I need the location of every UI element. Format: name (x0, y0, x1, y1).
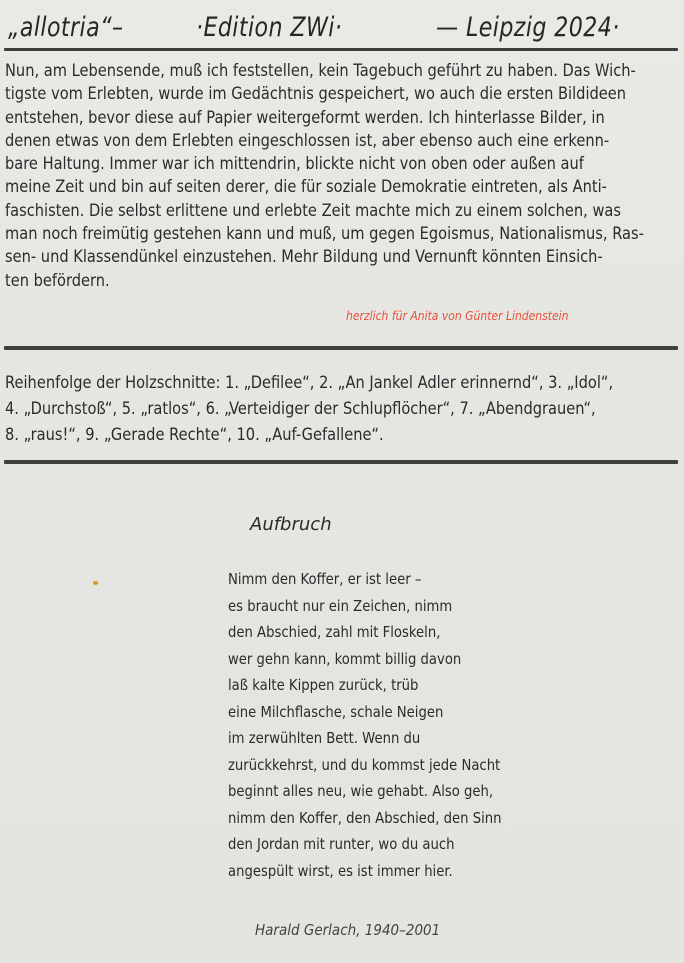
poem-line: Nimm den Koffer, er ist leer – (228, 566, 501, 593)
header-place-year: — Leipzig 2024· (436, 12, 620, 43)
intro-line: entstehen, bevor diese auf Papier weiter… (5, 107, 586, 130)
poem-line: eine Milchflasche, schale Neigen (228, 699, 501, 726)
red-dedication: herzlich für Anita von Günter Lindenstei… (346, 309, 569, 323)
poem-body: Nimm den Koffer, er ist leer – es brauch… (228, 566, 539, 884)
poem-line: im zerwühlten Bett. Wenn du (228, 725, 501, 752)
poem-line: wer gehn kann, kommt billig davon (228, 646, 501, 673)
poem-line: zurückkehrst, und du kommst jede Nacht (228, 752, 501, 779)
woodcut-order: Reihenfolge der Holzschnitte: 1. „Defile… (5, 370, 681, 448)
divider-intro (4, 346, 678, 350)
intro-line: ten befördern. (5, 270, 586, 293)
intro-line: sen- und Klassendünkel einzustehen. Mehr… (5, 246, 586, 269)
intro-line: denen etwas von dem Erlebten eingeschlos… (5, 130, 586, 153)
poem-line: es braucht nur ein Zeichen, nimm (228, 593, 501, 620)
poem-line: laß kalte Kippen zurück, trüb (228, 672, 501, 699)
handwritten-page: „allotria“– ·Edition ZWi· — Leipzig 2024… (0, 0, 684, 963)
intro-line: meine Zeit und bin auf seiten derer, die… (5, 176, 586, 199)
intro-text: Nun, am Lebensende, muß ich feststellen,… (5, 60, 681, 293)
header-edition: ·Edition ZWi· (196, 12, 342, 43)
order-line: 8. „raus!“, 9. „Gerade Rechte“, 10. „Auf… (5, 422, 586, 448)
poem-line: angespült wirst, es ist immer hier. (228, 858, 501, 885)
intro-line: bare Haltung. Immer war ich mittendrin, … (5, 153, 586, 176)
yellow-speck (93, 581, 98, 585)
divider-header (4, 48, 678, 51)
order-line: Reihenfolge der Holzschnitte: 1. „Defile… (5, 370, 586, 396)
poem-line: den Jordan mit runter, wo du auch (228, 831, 501, 858)
order-line: 4. „Durchstoß“, 5. „ratlos“, 6. „Verteid… (5, 396, 586, 422)
header-title-allotria: „allotria“– (8, 12, 123, 43)
poem-title: Aufbruch (250, 514, 332, 535)
intro-line: man noch freimütig gestehen kann und muß… (5, 223, 586, 246)
poem-line: beginnt alles neu, wie gehabt. Also geh, (228, 778, 501, 805)
header: „allotria“– ·Edition ZWi· — Leipzig 2024… (8, 8, 678, 48)
poem-line: den Abschied, zahl mit Floskeln, (228, 619, 501, 646)
poem-line: nimm den Koffer, den Abschied, den Sinn (228, 805, 501, 832)
poem-signature: Harald Gerlach, 1940–2001 (255, 921, 440, 939)
divider-order (4, 460, 678, 464)
intro-line: faschisten. Die selbst erlittene und erl… (5, 200, 586, 223)
intro-line: tigste vom Erlebten, wurde im Gedächtnis… (5, 83, 586, 106)
intro-line: Nun, am Lebensende, muß ich feststellen,… (5, 60, 586, 83)
